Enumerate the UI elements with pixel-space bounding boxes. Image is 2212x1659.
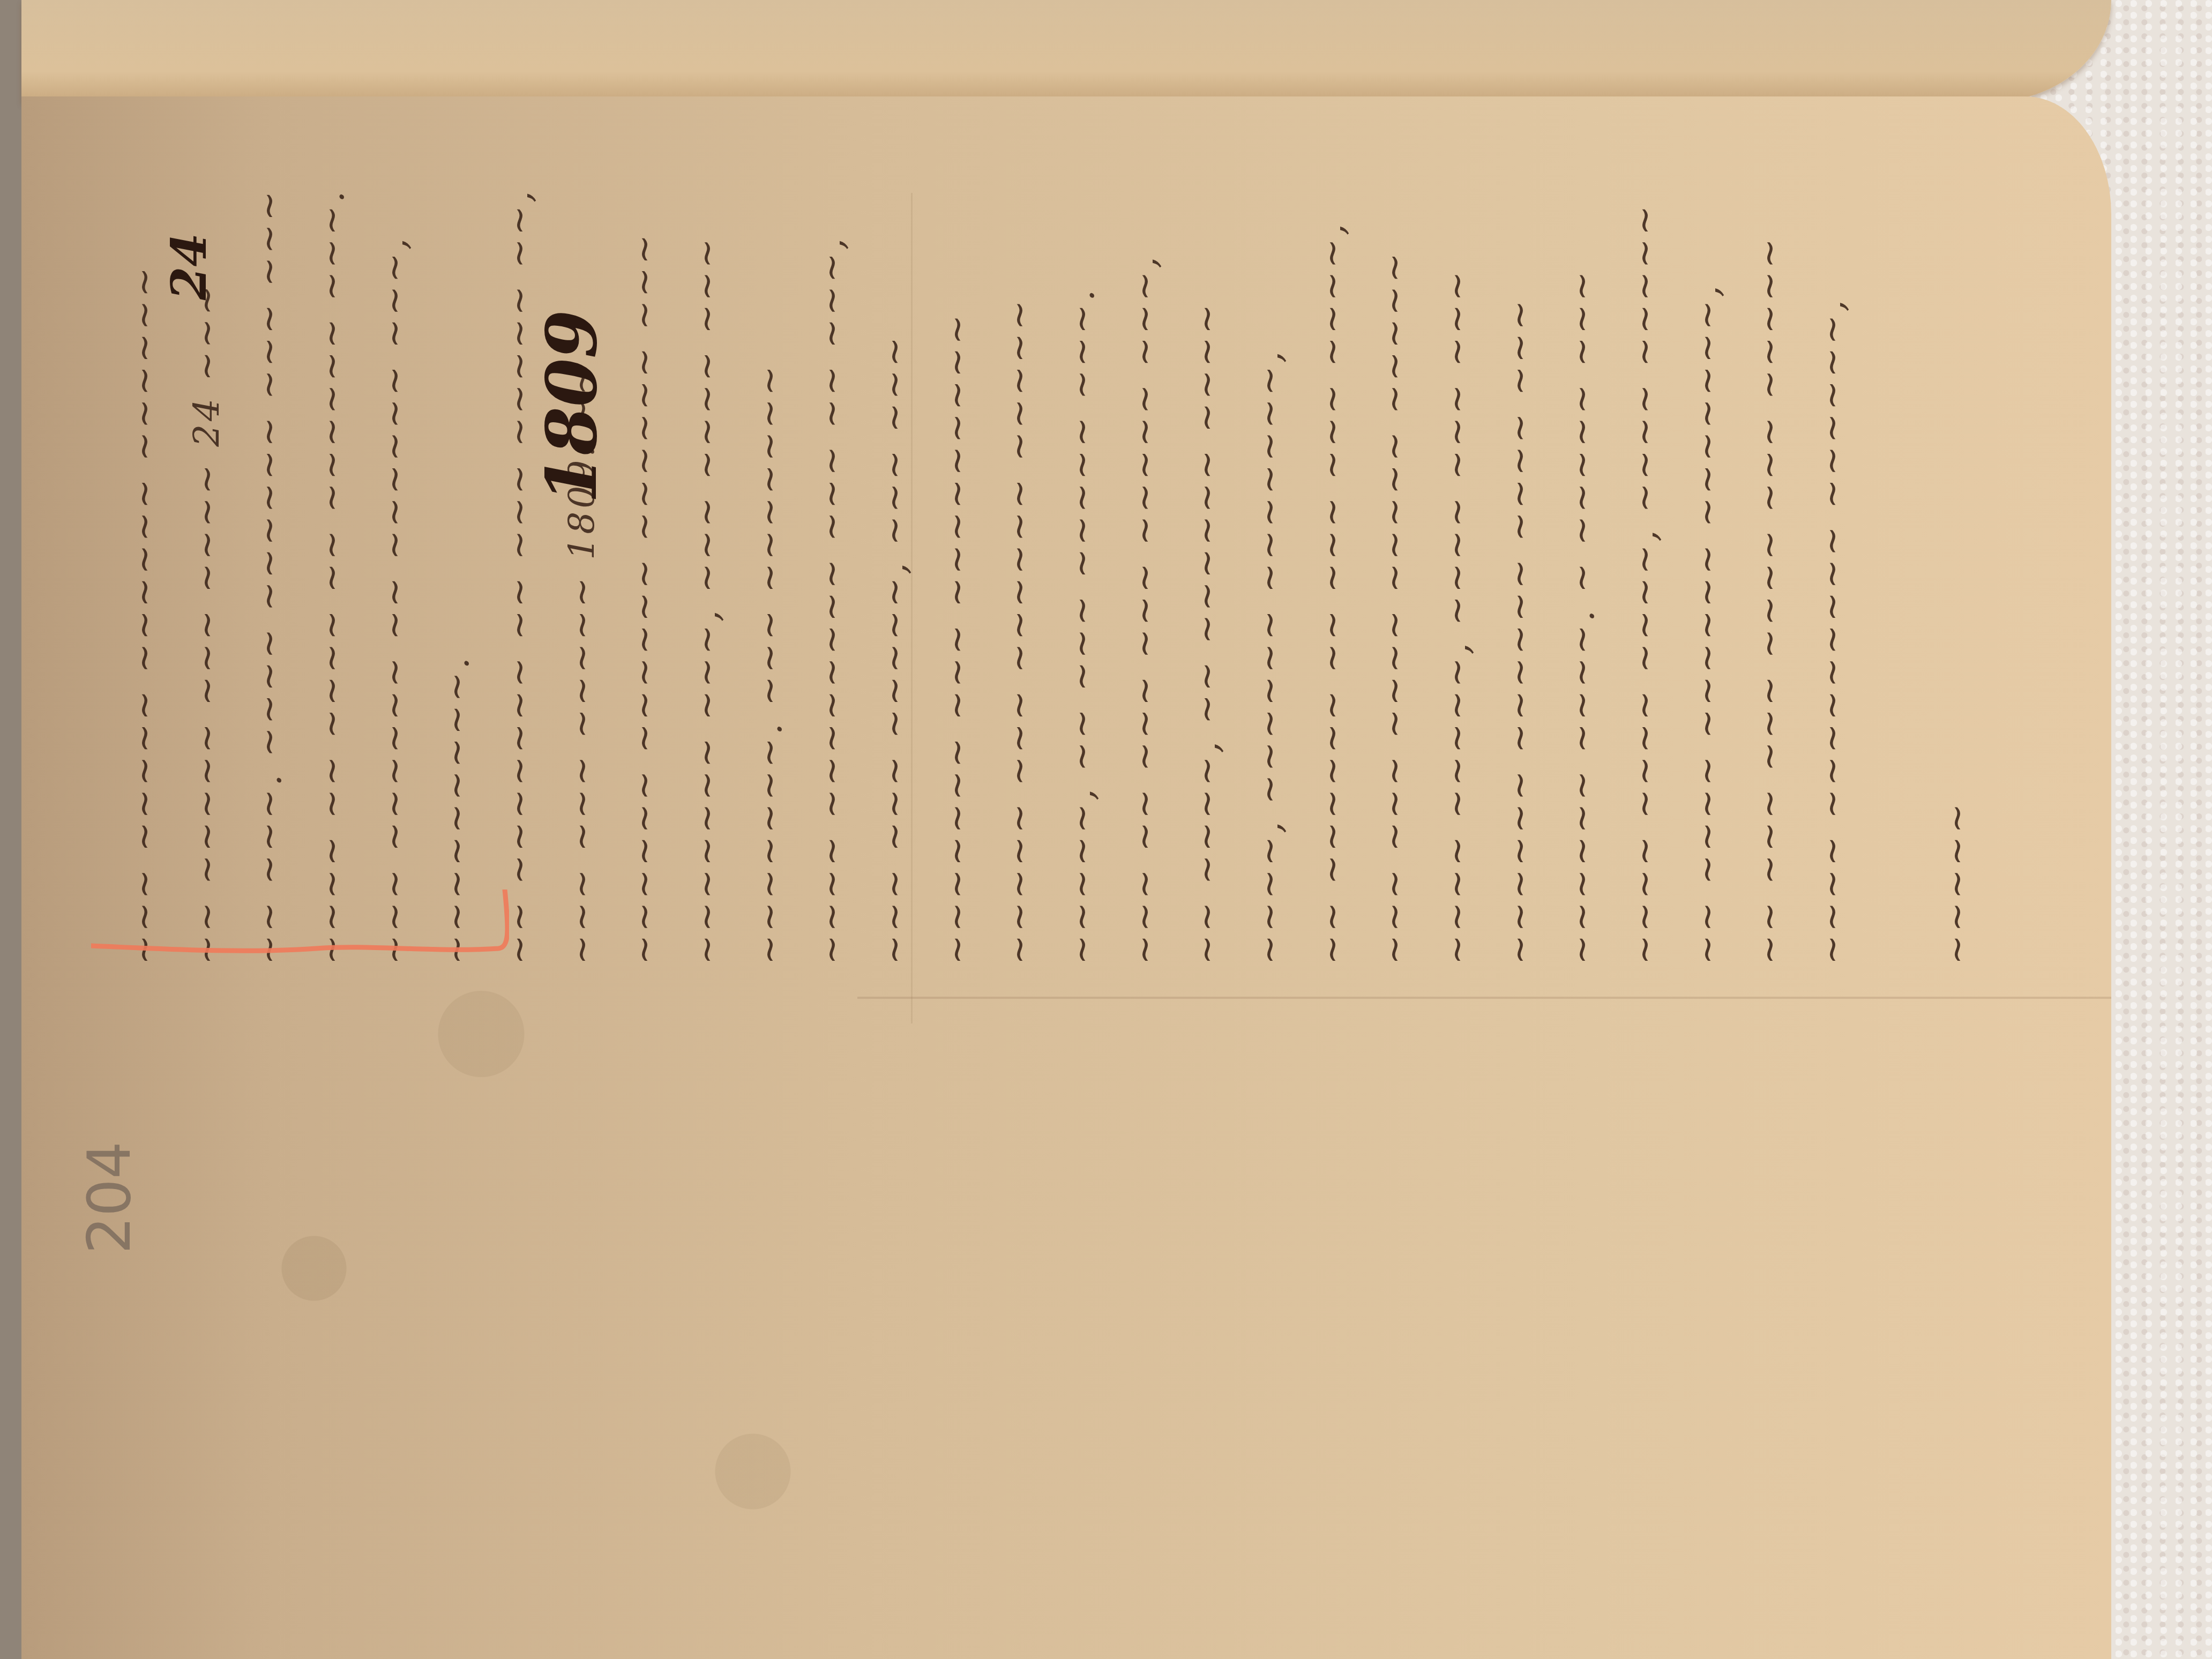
handwritten-line: ~~~ ~~~ ~~~~~ 1809. ~~ xyxy=(561,129,609,965)
handwritten-line: ~~~~ ~~ ~~~~ ~~ ~~~~~~ ~~~. xyxy=(311,129,359,965)
handwritten-line: ~~~ ~~~~~~ ~~ ~~~~~~ ~~~, xyxy=(373,129,422,965)
handwritten-line: ~~~~~ ~~~ ~~~~~~ ~~~~~ xyxy=(998,129,1047,965)
pencil-page-number: 204 xyxy=(75,1141,144,1254)
handwritten-line: ~~~~~~~ ~~~ ~~~~~~~~~ xyxy=(936,129,984,965)
handwritten-line: ~~~ ~~~ ~~~~~, ~~~ ~~~ xyxy=(873,129,922,965)
handwritten-line: ~~~~, ~~~~~~ ~~~~~~~, xyxy=(1249,129,1297,965)
handwritten-line: ~~~~~~~ ~~~, ~~~ ~~~~ ~~~ xyxy=(686,129,734,965)
handwritten-text-block: ~~~ ~~~~~ ~~~~~~ ~~~~~~~~ ~~~~~ ~~~ ~~~~… xyxy=(123,129,1999,965)
handwritten-line: ~~ ~~~~ ~~~~~~ ~~~~~~~, xyxy=(1686,129,1735,965)
handwritten-line: ~~~~ ~~~~~~~~~ ~~~~~~, xyxy=(1811,129,1859,965)
handwritten-line: ~~~~~ xyxy=(1936,129,1984,965)
handwritten-line: ~~~~~~ ~~~~~~ ~~~~~~ ~~~ xyxy=(623,129,671,965)
page-fold-line xyxy=(857,997,2111,999)
red-pencil-bracket xyxy=(91,890,509,959)
handwritten-line: ~~ ~~~. ~~~~ ~~~~~~ ~~~ ~~~ xyxy=(248,129,296,965)
handwritten-line: ~~~~~~~~~. xyxy=(436,129,484,965)
handwritten-line: ~~~ ~~~ ~~~~ ~~~~~ ~~~~~ xyxy=(1373,129,1422,965)
handwritten-line: ~~ ~~~~, ~~ ~~~~~~ ~~~~ xyxy=(1186,129,1234,965)
legible-number: 24 xyxy=(161,233,218,300)
handwritten-line: ~~~~~, ~~ ~~~ ~~~~~ ~~~. xyxy=(1061,129,1109,965)
handwritten-line: ~~~~~~~. ~~~ ~~~~~~~ xyxy=(749,129,797,965)
handwritten-line: ~~~~~~ ~~~~~~ ~~~~ ~~~ xyxy=(1499,129,1547,965)
legible-year: 1809 xyxy=(530,310,612,504)
handwritten-line: ~~ ~~~~~~~ ~~ ~~~ ~~~~~ ~~, xyxy=(498,129,547,965)
handwritten-line: ~~~ ~~ ~~~ ~~~ ~~~~~ ~~~, xyxy=(1124,129,1172,965)
handwritten-line: ~~~~ ~~~~~~~~ ~~~ ~~ ~~~, xyxy=(811,129,859,965)
handwritten-line xyxy=(1874,129,1922,965)
handwritten-line: ~~~~~~ ~~~~. ~ ~~~~~ ~~~ xyxy=(1561,129,1609,965)
handwritten-line: ~~ ~~~~~~ ~~ ~~~ ~~~ ~~~~, xyxy=(1311,129,1359,965)
handwritten-line: ~~~~ ~~~~~, ~~~~ ~~~ ~~~ xyxy=(1436,129,1484,965)
handwritten-line: ~~~~ ~~~~ ~~~~, ~~~~ ~~~~~ xyxy=(1624,129,1672,965)
handwritten-line: ~~ ~~~ ~~~ ~~~~ ~~~ ~~~~~ xyxy=(1748,129,1797,965)
folded-page-flap xyxy=(21,0,2111,102)
